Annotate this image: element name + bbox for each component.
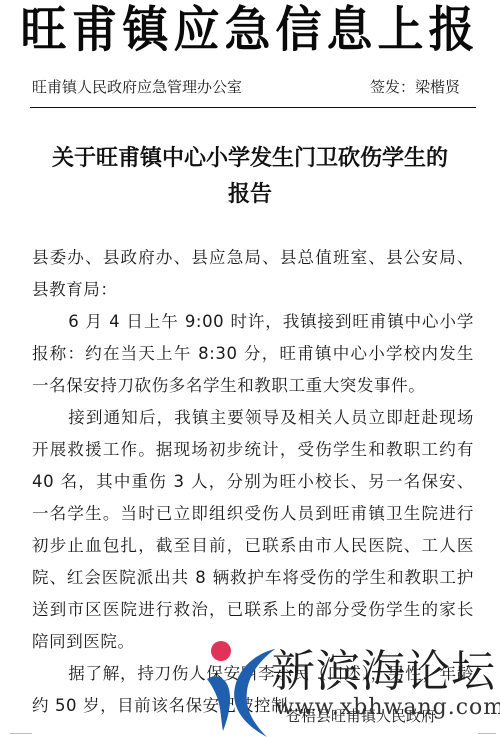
document-title: 关于旺甫镇中心小学发生门卫砍伤学生的 报告	[20, 140, 480, 212]
signer-label: 签发：	[370, 76, 415, 98]
paragraph-1: 6 月 4 日上午 9:00 时许，我镇接到旺甫镇中心小学报称：约在当天上午 8…	[32, 306, 474, 402]
header-divider	[30, 107, 476, 108]
document-title-line-2: 报告	[20, 176, 480, 212]
masthead-title: 旺甫镇应急信息上报	[0, 2, 500, 57]
page-corner-mark-left	[10, 733, 32, 734]
paragraph-2: 接到通知后，我镇主要领导及相关人员立即赶赴现场开展救援工作。据现场初步统计，受伤…	[32, 402, 474, 658]
signer-name: 梁楷贤	[415, 76, 460, 98]
watermark: 新滨海论坛 www.xbhwang.com	[205, 641, 500, 737]
issuer-row: 旺甫镇人民政府应急管理办公室 签发： 梁楷贤	[32, 76, 460, 98]
recipients: 县委办、县政府办、县应急局、县总值班室、县公安局、县教育局：	[32, 242, 474, 306]
watermark-site-name: 新滨海论坛	[271, 647, 496, 697]
watermark-url: www.xbhwang.com	[275, 696, 500, 720]
document-title-line-1: 关于旺甫镇中心小学发生门卫砍伤学生的	[20, 140, 480, 176]
signer: 签发： 梁楷贤	[370, 76, 460, 98]
issuing-office: 旺甫镇人民政府应急管理办公室	[32, 76, 242, 98]
